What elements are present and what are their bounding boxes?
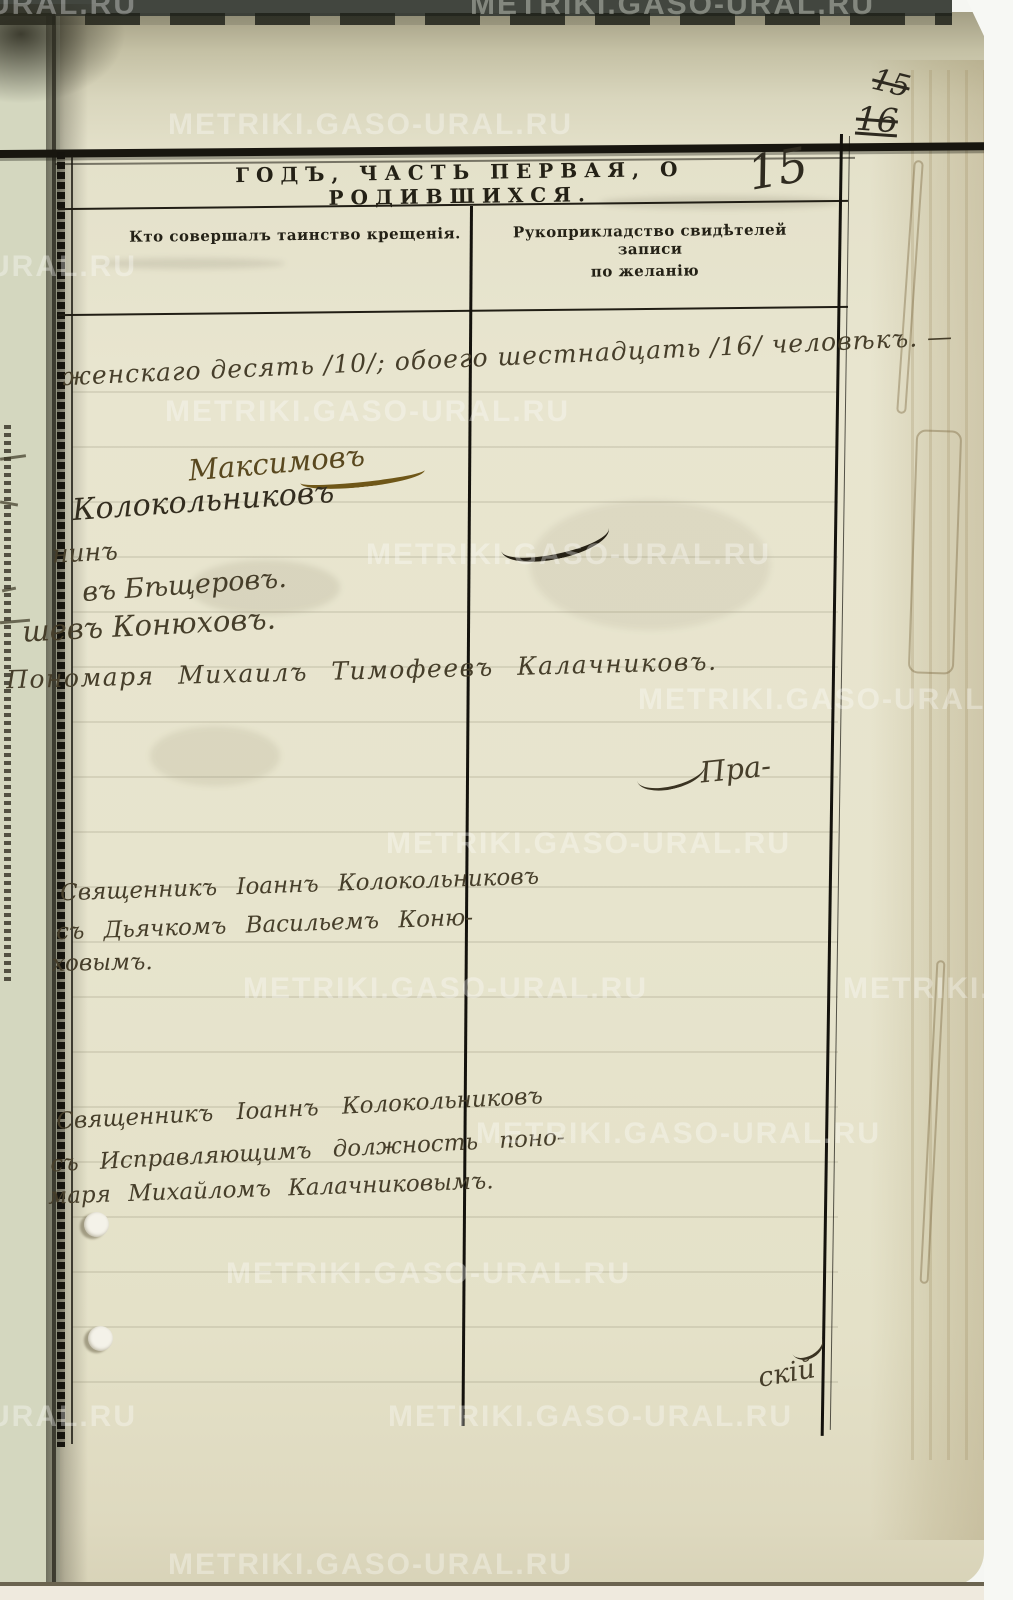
scanner-background-right	[984, 0, 1013, 1600]
form-title: ГОДЪ, ЧАСТЬ ПЕРВАЯ, О РОДИВШИХСЯ.	[148, 156, 773, 213]
punch-hole	[84, 1212, 109, 1237]
watermark: METRIKI.GASO-URAL.RU	[243, 972, 648, 1006]
showthrough-smudge	[150, 726, 280, 786]
watermark: METRIKI.GASO-URAL.RU	[366, 538, 771, 572]
scanner-background-bottom	[0, 1586, 1013, 1600]
column1-header: Кто совершалъ таинство крещенія.	[110, 224, 480, 246]
watermark: METRIKI.GASO-URAL.RU	[470, 0, 875, 22]
watermark: METRIKI.GASO-URAL.RU	[168, 1548, 573, 1582]
watermark: METRIKI.GASO-URAL.RU	[226, 1257, 631, 1291]
officiant-entry1-line3: ховымъ.	[52, 949, 153, 977]
watermark: METRIKI.GASO-URAL.RU	[0, 250, 137, 284]
handwritten-page-number: 15	[744, 137, 812, 202]
table-border-left-inner	[71, 156, 73, 1444]
facing-page-border	[4, 425, 11, 985]
archival-scan-page: ГОДЪ, ЧАСТЬ ПЕРВАЯ, О РОДИВШИХСЯ. Кто со…	[0, 0, 1013, 1600]
edge-crease	[908, 429, 962, 674]
signature-partial: нинъ	[51, 536, 118, 568]
punch-hole	[88, 1326, 113, 1351]
watermark: METRIKI.GASO-URAL.RU	[638, 683, 1013, 717]
watermark: METRIKI.GASO-URAL.RU	[386, 827, 791, 861]
column2-header-line1: Рукоприкладство свидѣтелей записи	[495, 220, 805, 259]
watermark: METRIKI.GASO-URAL.RU	[388, 1400, 793, 1434]
watermark: METRIKI.GASO-URAL.RU	[0, 1400, 137, 1434]
table-border-left-outer	[57, 152, 65, 1447]
watermark: METRIKI.GASO-URAL.RU	[476, 1117, 881, 1151]
watermark: METRIKI.GASO-URAL.RU	[168, 108, 573, 142]
crossed-out-folio-number-2: 16	[855, 99, 900, 141]
column2-header-line2: по желанію	[560, 261, 730, 281]
book-gutter-line	[52, 12, 56, 1586]
watermark: METRIKI.GASO-URAL.RU	[165, 395, 570, 429]
watermark: METRIKI.GASO-URAL.RU	[0, 0, 137, 22]
